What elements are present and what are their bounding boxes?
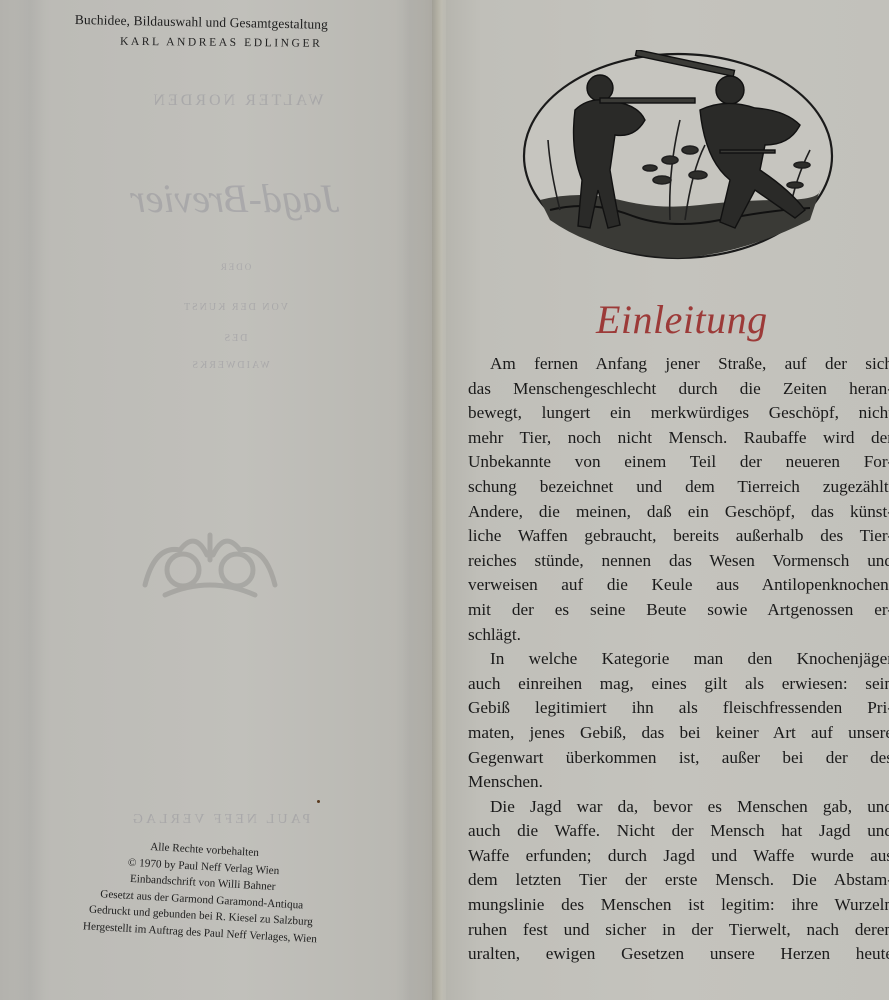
text-line: liche Waffen gebraucht, bereits außerhal… [468,524,889,549]
text-line: Andere, die meinen, daß ein Geschöpf, da… [468,500,889,525]
text-line: maten, jenes Gebiß, das bei keiner Art a… [468,721,889,746]
design-credit: Buchidee, Bildauswahl und Gesamtgestaltu… [75,12,395,34]
text-line: mehr Tier, noch nicht Mensch. Raubaffe w… [468,426,889,451]
text-line: schlägt. [468,623,889,648]
text-line: mit der es seine Beute sowie Artgenossen… [468,598,889,623]
text-line: das Menschengeschlecht durch die Zeiten … [468,377,889,402]
left-page: Buchidee, Bildauswahl und Gesamtgestaltu… [0,0,438,1000]
text-line: Waffe erfunden; durch Jagd und Waffe wur… [468,844,889,869]
text-line: Die Jagd war da, bevor es Menschen gab, … [468,795,889,820]
text-line: In welche Kategorie man den Knochenjäger [468,647,889,672]
text-line: Menschen. [468,770,889,795]
page-fold-shadow [14,0,46,1000]
designer-name: KARL ANDREAS EDLINGER [120,36,360,51]
show-through-subtitle: VON DER KUNST [150,302,320,313]
chapter-title: Einleitung [596,296,796,343]
show-through-oder: ODER [195,262,275,272]
text-line: Gebiß legitimiert ihn als fleischfressen… [468,696,889,721]
text-line: auch die Waffe. Nicht der Mensch hat Jag… [468,819,889,844]
publisher-emblem-icon [135,515,285,610]
hunters-woodcut-icon [520,50,836,262]
imprint-block: Alle Rechte vorbehalten © 1970 by Paul N… [40,833,365,950]
text-line: auch einreihen mag, eines gilt als erwie… [468,672,889,697]
text-line: Unbekannte von einem Teil der neueren Fo… [468,450,889,475]
show-through-publisher: PAUL NEFF VERLAG [100,812,340,828]
body-text: Am fernen Anfang jener Straße, auf der s… [468,352,889,967]
dust-speck [317,800,320,803]
text-line: dem letzten Tier der erste Mensch. Die A… [468,868,889,893]
show-through-subtitle: WAIDWERKS [170,360,290,371]
text-line: verweisen auf die Keule aus Antilopenkno… [468,573,889,598]
text-line: Gegenwart überkommen ist, außer bei der … [468,746,889,771]
page-fold-shadow [395,0,425,1000]
text-line: bewegt, lungert ein merkwürdiges Geschöp… [468,401,889,426]
text-line: uralten, ewigen Gesetzen unsere Herzen h… [468,942,889,967]
text-line: schung bezeichnet und dem Tierreich zuge… [468,475,889,500]
text-line: Am fernen Anfang jener Straße, auf der s… [468,352,889,377]
show-through-title: Jagd-Brevier [100,175,370,222]
show-through-subtitle: DES [200,333,270,344]
show-through-author: WALTER NORDEN [112,92,362,110]
text-line: mungslinie des Menschen ist legitim: ihr… [468,893,889,918]
text-line: ruhen fest und sicher in der Tierwelt, n… [468,918,889,943]
text-line: reiches stünde, nennen das Wesen Vormens… [468,549,889,574]
